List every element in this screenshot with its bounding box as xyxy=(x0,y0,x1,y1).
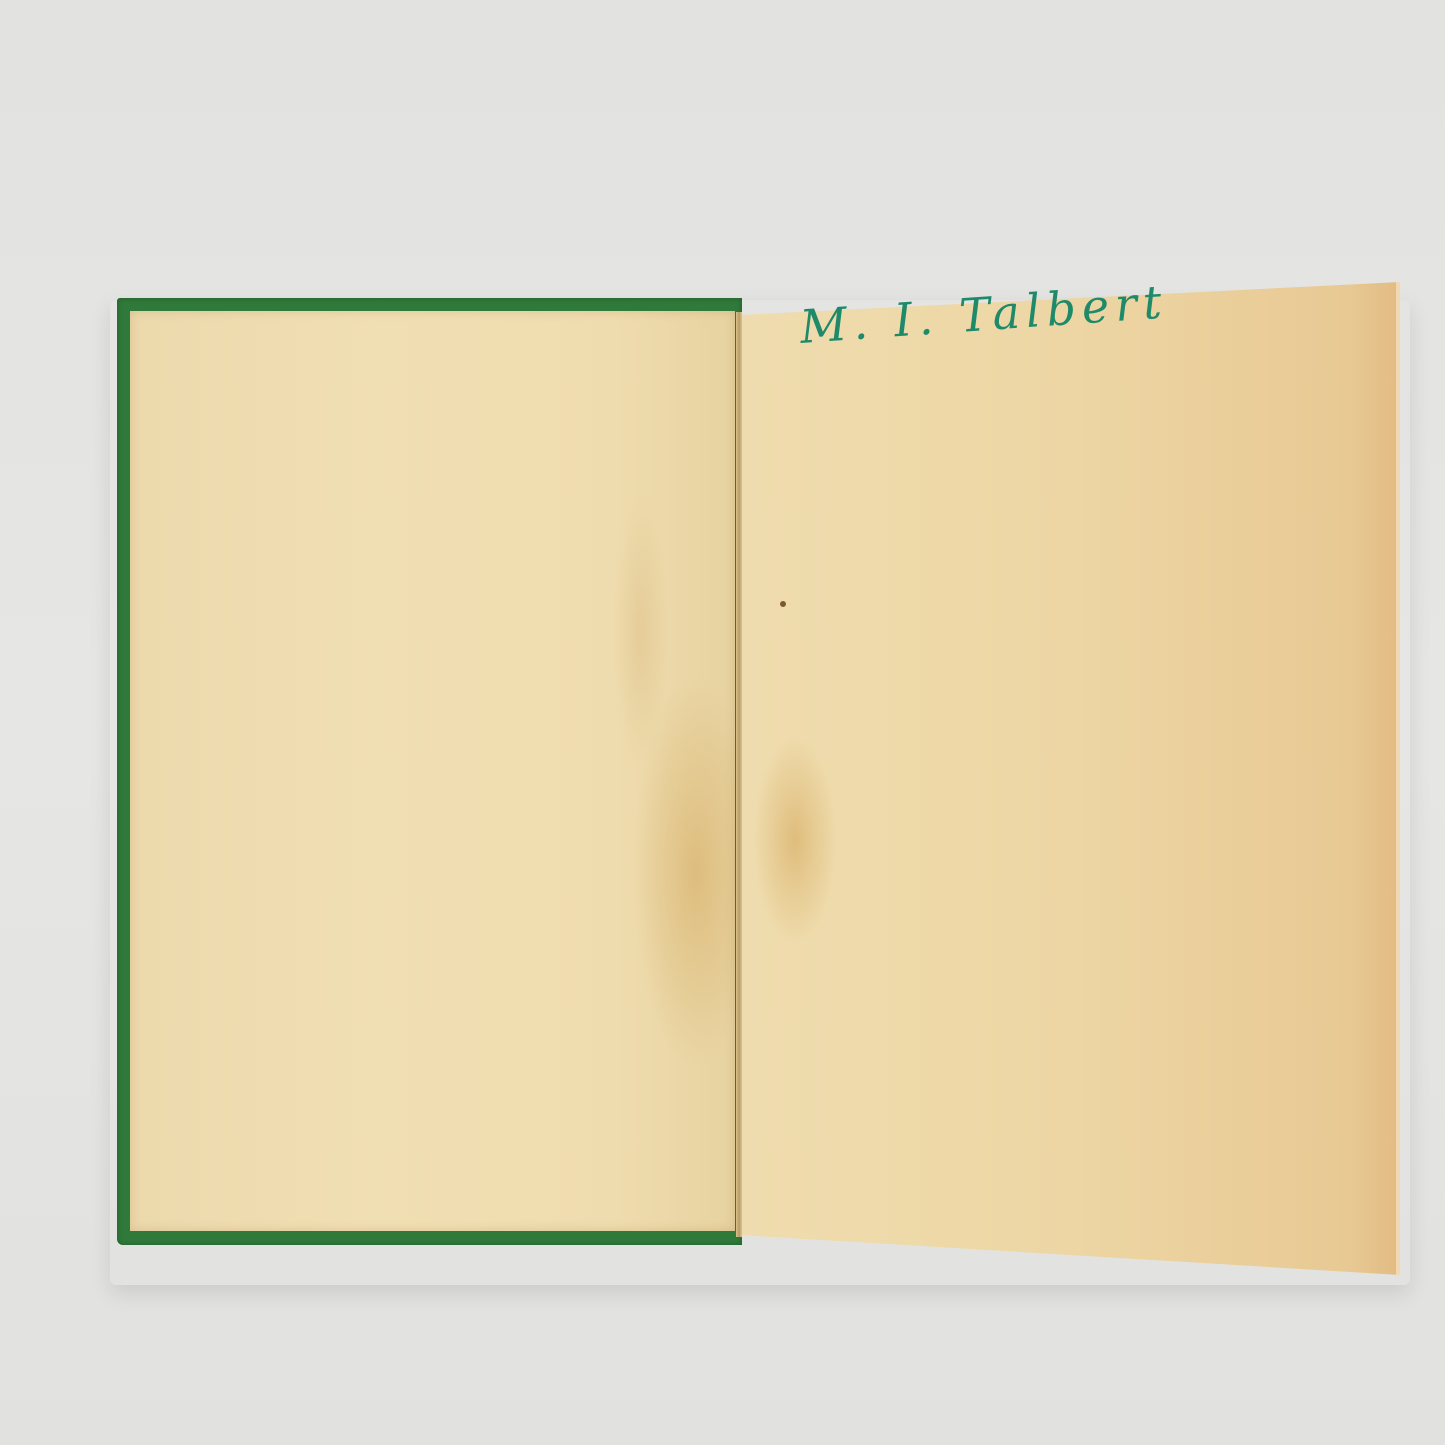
foxing-spot xyxy=(780,601,786,607)
spine-gutter xyxy=(736,312,742,1237)
page-edge xyxy=(1396,282,1400,1275)
front-cover-board xyxy=(117,298,742,1245)
photo-scene: M. I. Talbert xyxy=(0,0,1445,1445)
front-pastedown xyxy=(130,311,735,1231)
free-endpaper xyxy=(740,280,1400,1280)
